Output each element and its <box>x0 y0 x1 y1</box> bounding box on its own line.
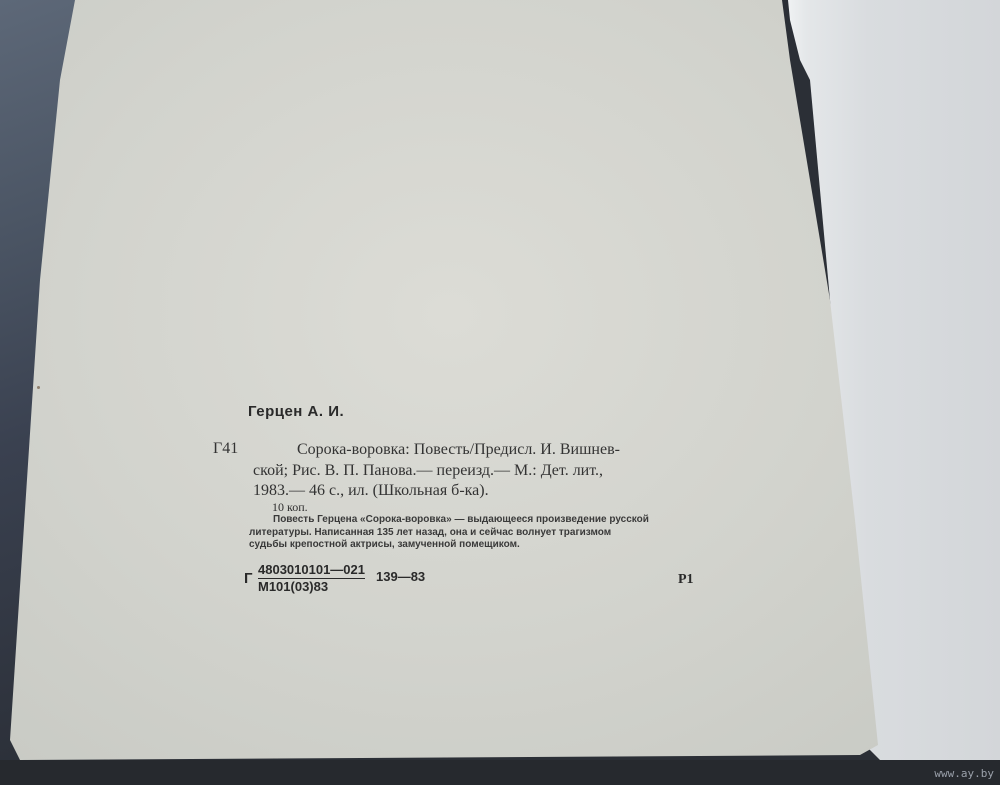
entry-line: Сорока-воровка: Повесть/Предисл. И. Вишн… <box>253 440 723 461</box>
bibliographic-entry: Сорока-воровка: Повесть/Предисл. И. Вишн… <box>253 440 723 502</box>
index-denominator: М101(03)83 <box>258 579 365 594</box>
watermark: www.ay.by <box>934 767 994 780</box>
index-letter: Г <box>244 570 253 587</box>
author-heading: Герцен А. И. <box>248 403 344 420</box>
classification-code: Г41 <box>213 440 238 458</box>
annotation-line: судьбы крепостной актрисы, замученной по… <box>249 539 699 552</box>
paper-spot <box>37 386 40 389</box>
annotation: Повесть Герцена «Сорока-воровка» — выдаю… <box>249 514 699 552</box>
catalog-number: 139—83 <box>376 569 425 584</box>
publication-index: 4803010101—021 М101(03)83 <box>258 562 365 594</box>
annotation-line: Повесть Герцена «Сорока-воровка» — выдаю… <box>249 514 699 527</box>
entry-line: ской; Рис. В. П. Панова.— переизд.— М.: … <box>253 461 723 482</box>
index-numerator: 4803010101—021 <box>258 562 365 579</box>
entry-line: 1983.— 46 с., ил. (Школьная б-ка). <box>253 481 723 502</box>
price: 10 коп. <box>272 500 308 515</box>
annotation-line: литературы. Написанная 135 лет назад, он… <box>249 527 699 540</box>
category-code: Р1 <box>678 572 694 588</box>
table-surface <box>0 760 1000 785</box>
